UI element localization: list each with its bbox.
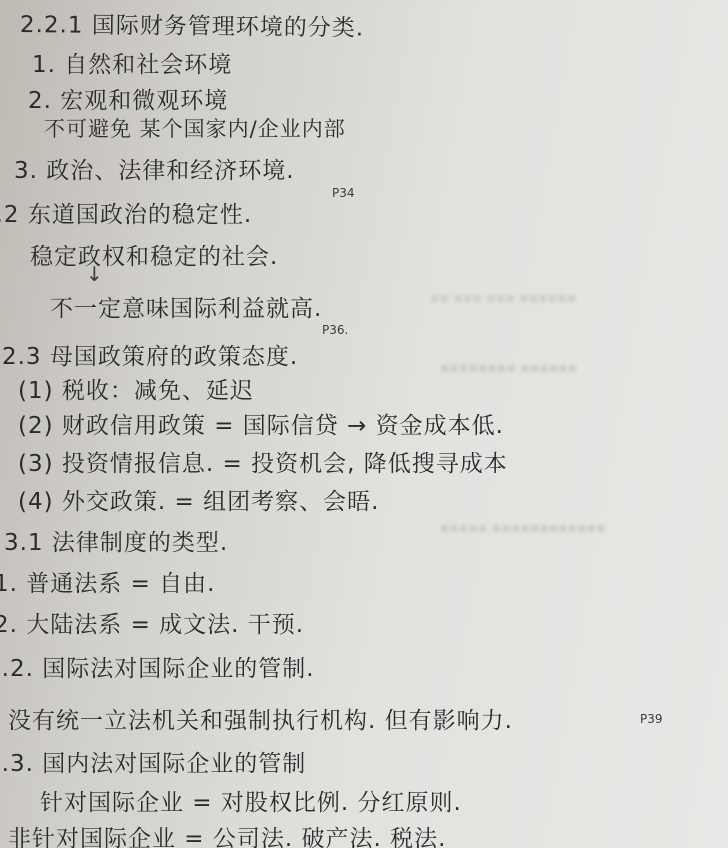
heading-2-2-1: 2.2.1 国际财务管理环境的分类. <box>20 6 364 43</box>
page-ref: P39 <box>640 712 663 726</box>
list-item: 2. 宏观和微观环境 <box>28 82 228 115</box>
heading-2-2-2: 2.2.2 东道国政治的稳定性. <box>0 196 252 229</box>
note-text: 不可避免 某个国家内/企业内部 <box>44 113 346 143</box>
bleed-through-text: ▪▪▪▪▪▪▪▪ ▪▪▪▪▪▪ <box>440 360 577 376</box>
heading-3-3: 3.3. 国内法对国际企业的管制 <box>0 745 306 778</box>
list-item: (3) 投资情报信息. = 投资机会, 降低搜寻成本 <box>18 445 508 478</box>
page-ref: P36. <box>322 323 348 337</box>
list-item: 1. 普通法系 = 自由. <box>0 565 215 598</box>
list-item: (1) 税收：减免、延迟 <box>18 372 254 405</box>
bleed-through-text: ▪▪ ▪▪▪ ▪▪▪ ▪▪▪▪▪▪ <box>430 290 576 306</box>
note-text: 不一定意味国际利益就高. <box>50 290 322 323</box>
list-item: 2. 大陆法系 = 成文法. 干预. <box>0 606 304 639</box>
heading-2-2-3: 2.2.3 母国政策府的政策态度. <box>0 338 298 371</box>
bleed-through-text: ▪▪▪▪▪ ▪▪▪▪▪▪▪▪▪▪▪▪ <box>440 520 606 536</box>
page-ref: P34 <box>332 186 355 200</box>
down-arrow-icon: ↓ <box>86 262 103 286</box>
list-item: 1. 自然和社会环境 <box>32 46 232 79</box>
note-text: 非针对国际企业 = 公司法. 破产法. 税法. <box>8 820 446 848</box>
note-text: 针对国际企业 = 对股权比例. 分红原则. <box>40 784 462 817</box>
handwritten-notes-page: ▪▪ ▪▪▪ ▪▪▪ ▪▪▪▪▪▪ ▪▪▪▪▪▪▪▪ ▪▪▪▪▪▪ ▪▪▪▪▪ … <box>0 0 728 848</box>
note-text: 没有统一立法机关和强制执行机构. 但有影响力. <box>8 702 513 735</box>
list-item: 3. 政治、法律和经济环境. <box>14 152 295 185</box>
note-text: 稳定政权和稳定的社会. <box>30 238 278 271</box>
heading-3-2: 3.2. 国际法对国际企业的管制. <box>0 650 315 683</box>
heading-3-1: 3.1 法律制度的类型. <box>4 524 228 557</box>
list-item: (2) 财政信用政策 = 国际信贷 → 资金成本低. <box>18 407 504 440</box>
list-item: (4) 外交政策. = 组团考察、会晤. <box>18 483 379 516</box>
